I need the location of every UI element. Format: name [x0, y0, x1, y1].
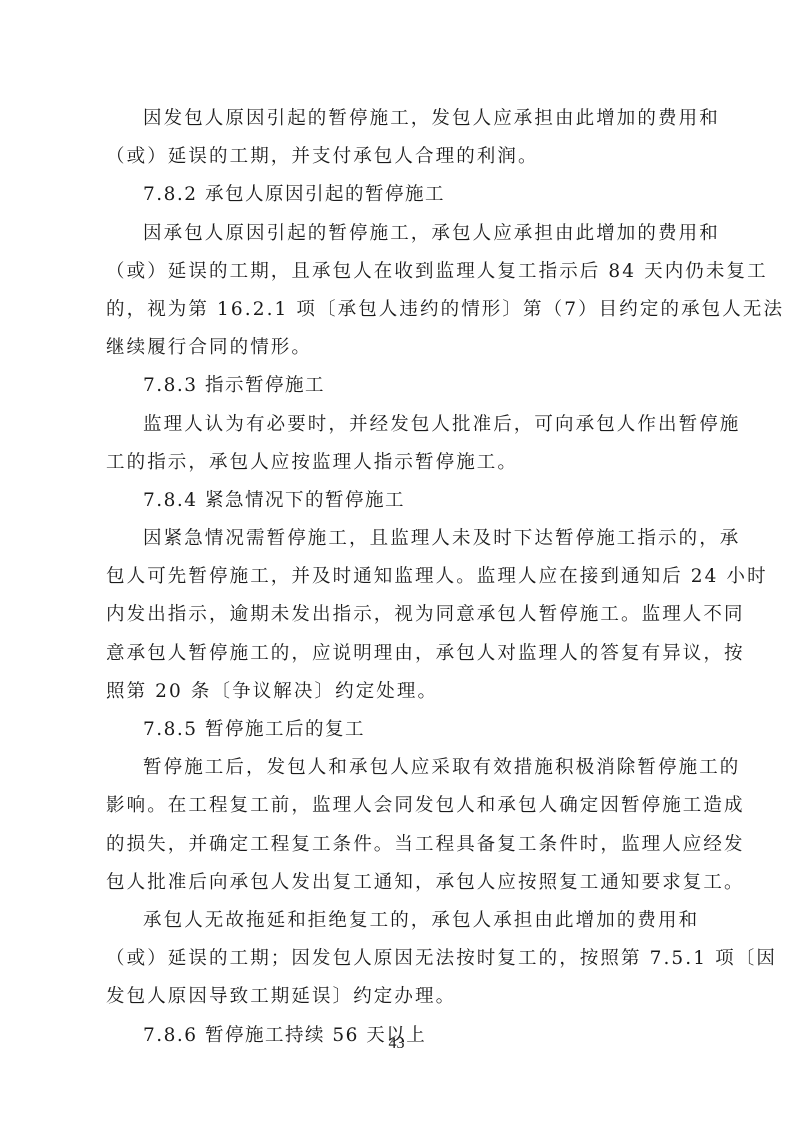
paragraph-line: 承包人无故拖延和拒绝复工的，承包人承担由此增加的费用和 [106, 902, 691, 940]
paragraph-line: 包人批准后向承包人发出复工通知，承包人应按照复工通知要求复工。 [106, 864, 691, 902]
paragraph-line: 工的指示，承包人应按监理人指示暂停施工。 [106, 444, 691, 482]
document-page: 因发包人原因引起的暂停施工，发包人应承担由此增加的费用和 （或）延误的工期，并支… [0, 0, 793, 1122]
paragraph-line: 因发包人原因引起的暂停施工，发包人应承担由此增加的费用和 [106, 100, 691, 138]
paragraph-line: 发包人原因导致工期延误〕约定办理。 [106, 978, 691, 1016]
paragraph-line: 暂停施工后，发包人和承包人应采取有效措施积极消除暂停施工的 [106, 749, 691, 787]
paragraph-line: 照第 20 条〔争议解决〕约定处理。 [106, 673, 691, 711]
paragraph-line: （或）延误的工期，并支付承包人合理的利润。 [106, 138, 691, 176]
section-heading-7-8-2: 7.8.2 承包人原因引起的暂停施工 [106, 176, 691, 214]
paragraph-line: 内发出指示，逾期未发出指示，视为同意承包人暂停施工。监理人不同 [106, 596, 691, 634]
paragraph-line: （或）延误的工期；因发包人原因无法按时复工的，按照第 7.5.1 项〔因 [106, 940, 691, 978]
section-heading-7-8-5: 7.8.5 暂停施工后的复工 [106, 711, 691, 749]
paragraph-line: 继续履行合同的情形。 [106, 329, 691, 367]
paragraph-line: 因紧急情况需暂停施工，且监理人未及时下达暂停施工指示的，承 [106, 520, 691, 558]
page-body: 因发包人原因引起的暂停施工，发包人应承担由此增加的费用和 （或）延误的工期，并支… [106, 100, 691, 1055]
paragraph-line: 的损失，并确定工程复工条件。当工程具备复工条件时，监理人应经发 [106, 826, 691, 864]
paragraph-line: 影响。在工程复工前，监理人会同发包人和承包人确定因暂停施工造成 [106, 787, 691, 825]
paragraph-line: 因承包人原因引起的暂停施工，承包人应承担由此增加的费用和 [106, 215, 691, 253]
paragraph-line: 包人可先暂停施工，并及时通知监理人。监理人应在接到通知后 24 小时 [106, 558, 691, 596]
page-number: 43 [0, 1035, 793, 1053]
paragraph-line: （或）延误的工期，且承包人在收到监理人复工指示后 84 天内仍未复工 [106, 253, 691, 291]
paragraph-line: 的，视为第 16.2.1 项〔承包人违约的情形〕第（7）目约定的承包人无法 [106, 291, 691, 329]
section-heading-7-8-4: 7.8.4 紧急情况下的暂停施工 [106, 482, 691, 520]
paragraph-line: 意承包人暂停施工的，应说明理由，承包人对监理人的答复有异议，按 [106, 635, 691, 673]
paragraph-line: 监理人认为有必要时，并经发包人批准后，可向承包人作出暂停施 [106, 406, 691, 444]
section-heading-7-8-3: 7.8.3 指示暂停施工 [106, 367, 691, 405]
